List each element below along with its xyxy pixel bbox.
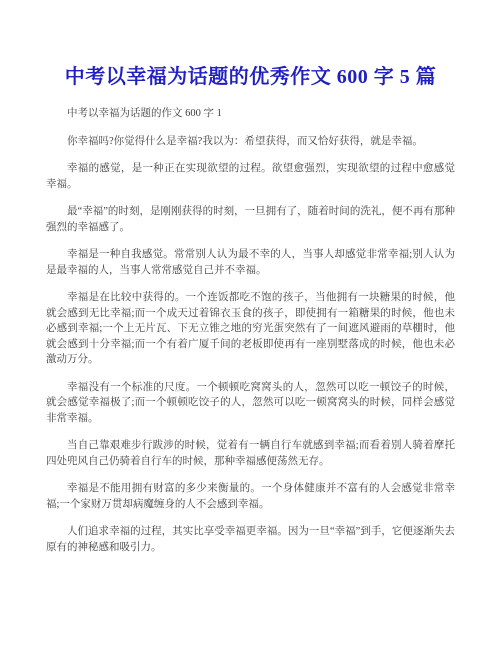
paragraph-9: 人们追求幸福的过程，其实比享受幸福更幸福。因为一旦“幸福”到手，它便逐渐失去原有… [46,524,455,555]
document-page: 中考以幸福为话题的优秀作文 600 字 5 篇 中考以幸福为话题的作文 600 … [0,0,500,647]
paragraph-3: 最“幸福”的时刻，是刚刚获得的时刻，一旦拥有了，随着时间的洗礼，便不再有那种强烈… [46,204,455,235]
paragraph-2: 幸福的感觉，是一种正在实现欲望的过程。欲望愈强烈，实现欲望的过程中愈感觉幸福。 [46,161,455,192]
section-heading: 中考以幸福为话题的作文 600 字 1 [46,106,455,122]
document-title: 中考以幸福为话题的优秀作文 600 字 5 篇 [46,64,455,91]
paragraph-6: 幸福没有一个标准的尺度。一个顿顿吃窝窝头的人，忽然可以吃一顿饺子的时候，就会感觉… [46,380,455,427]
paragraph-1: 你幸福吗?你觉得什么是幸福?我以为：希望获得，而又恰好获得，就是幸福。 [46,134,455,150]
paragraph-7: 当自己靠艰难步行跋涉的时候，觉着有一辆自行车就感到幸福;而看着别人骑着摩托四处兜… [46,438,455,469]
paragraph-4: 幸福是一种自我感觉。常常别人认为最不幸的人，当事人却感觉非常幸福;别人认为是最幸… [46,247,455,278]
paragraph-8: 幸福是不能用拥有财富的多少来衡量的。一个身体健康并不富有的人会感觉非常幸福;一个… [46,481,455,512]
paragraph-5: 幸福是在比较中获得的。一个连饭都吃不饱的孩子，当他拥有一块糖果的时候，他就会感到… [46,290,455,368]
